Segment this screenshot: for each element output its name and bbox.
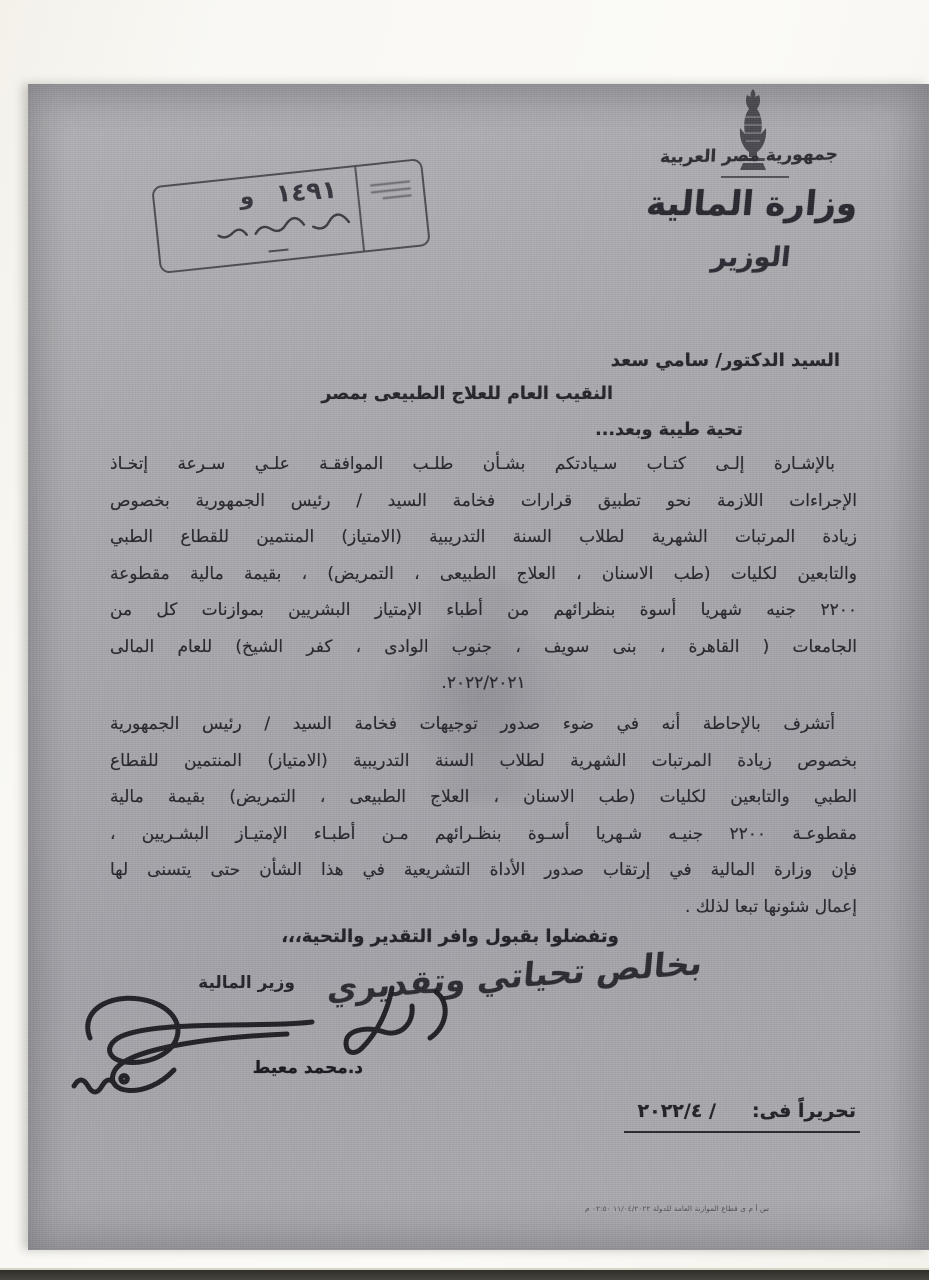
republic-caption: جمهورية مصر العربية — [638, 144, 859, 168]
body-line: ٢٠٢٢/٢٠٢١. — [110, 665, 857, 702]
stamp-office-label-illegible — [366, 175, 416, 206]
salutation-line: تحية طيبة وبعد... — [595, 420, 743, 440]
stamp-prefix: و — [239, 184, 255, 211]
body-line: ٢٢٠٠ جنيه شهريا أسوة بنظرائهم من أطباء ا… — [110, 592, 857, 629]
stamp-divider — [354, 167, 365, 251]
signer-printed-name: د.محمد معيط — [253, 1058, 363, 1078]
paper-sheet: جمهورية مصر العربية وزارة المالية الوزير… — [28, 84, 929, 1250]
body-line: الجامعات ( القاهرة ، بنى سويف ، جنوب الو… — [110, 629, 857, 666]
egypt-eagle-emblem-icon — [721, 87, 785, 183]
body-line: فإن وزارة المالية في إرتقاب صدور الأداة … — [110, 852, 857, 889]
stamp-number-row: ١٤٩١و — [238, 175, 337, 211]
date-value: / ٢٠٢٢/٤ — [638, 1100, 717, 1122]
minister-office-title: الوزير — [689, 242, 812, 273]
body-line: مقطوعـة ٢٢٠٠ جنيـه شـهريا أسـوة بنظـرائه… — [110, 816, 857, 853]
body-line: إعمال شئونها تبعا لذلك . — [110, 889, 857, 926]
stamp-dash — [268, 248, 288, 253]
body-line: أتشرف بالإحاطة أنه في ضوء صدور توجيهات ف… — [110, 706, 857, 743]
body-paragraph-2: أتشرف بالإحاطة أنه في ضوء صدور توجيهات ف… — [110, 706, 857, 925]
body-line: بالإشـارة إلـى كتـاب سـيادتكم بشـأن طلـب… — [110, 446, 857, 483]
body-line: والتابعين لكليات (طب الاسنان ، العلاج ال… — [110, 556, 857, 593]
body-line: الطبي والتابعين لكليات (طب الاسنان ، الع… — [110, 779, 857, 816]
stamp-number: ١٤٩١ — [275, 175, 338, 208]
body-paragraph-1: بالإشـارة إلـى كتـاب سـيادتكم بشـأن طلـب… — [110, 446, 857, 702]
body-line: بخصوص زيادة المرتبات الشهرية لطلاب السنة… — [110, 743, 857, 780]
body-line: الإجراءات اللازمة نحو تطبيق قرارات فخامة… — [110, 483, 857, 520]
minister-signature-scribble-icon — [62, 980, 492, 1115]
stamp-handwriting-scribble-icon — [203, 206, 355, 252]
processing-footer-line: س أ م ى قطاع الموازنة العامة للدولة ١١/٠… — [585, 1204, 915, 1213]
body-line: زيادة المرتبات الشهرية لطلاب السنة التدر… — [110, 519, 857, 556]
ministry-title: وزارة المالية — [635, 184, 868, 224]
scanner-bottom-bar — [0, 1270, 929, 1280]
date-line: تحريراً فى:/ ٢٠٢٢/٤ — [624, 1100, 861, 1133]
scanned-letter-page: { "scan": { "paper_color": "#a9a8ad", "i… — [0, 0, 929, 1280]
recipient-name: السيد الدكتور/ سامي سعد — [611, 350, 840, 371]
recipient-title: النقيب العام للعلاج الطبيعى بمصر — [321, 384, 613, 404]
date-label: تحريراً فى: — [752, 1100, 856, 1122]
closing-compliment-line: وتفضلوا بقبول وافر التقدير والتحية،،، — [280, 926, 620, 947]
calligraphy-rule — [721, 176, 789, 178]
registry-stamp: ١٤٩١و — [151, 158, 431, 274]
